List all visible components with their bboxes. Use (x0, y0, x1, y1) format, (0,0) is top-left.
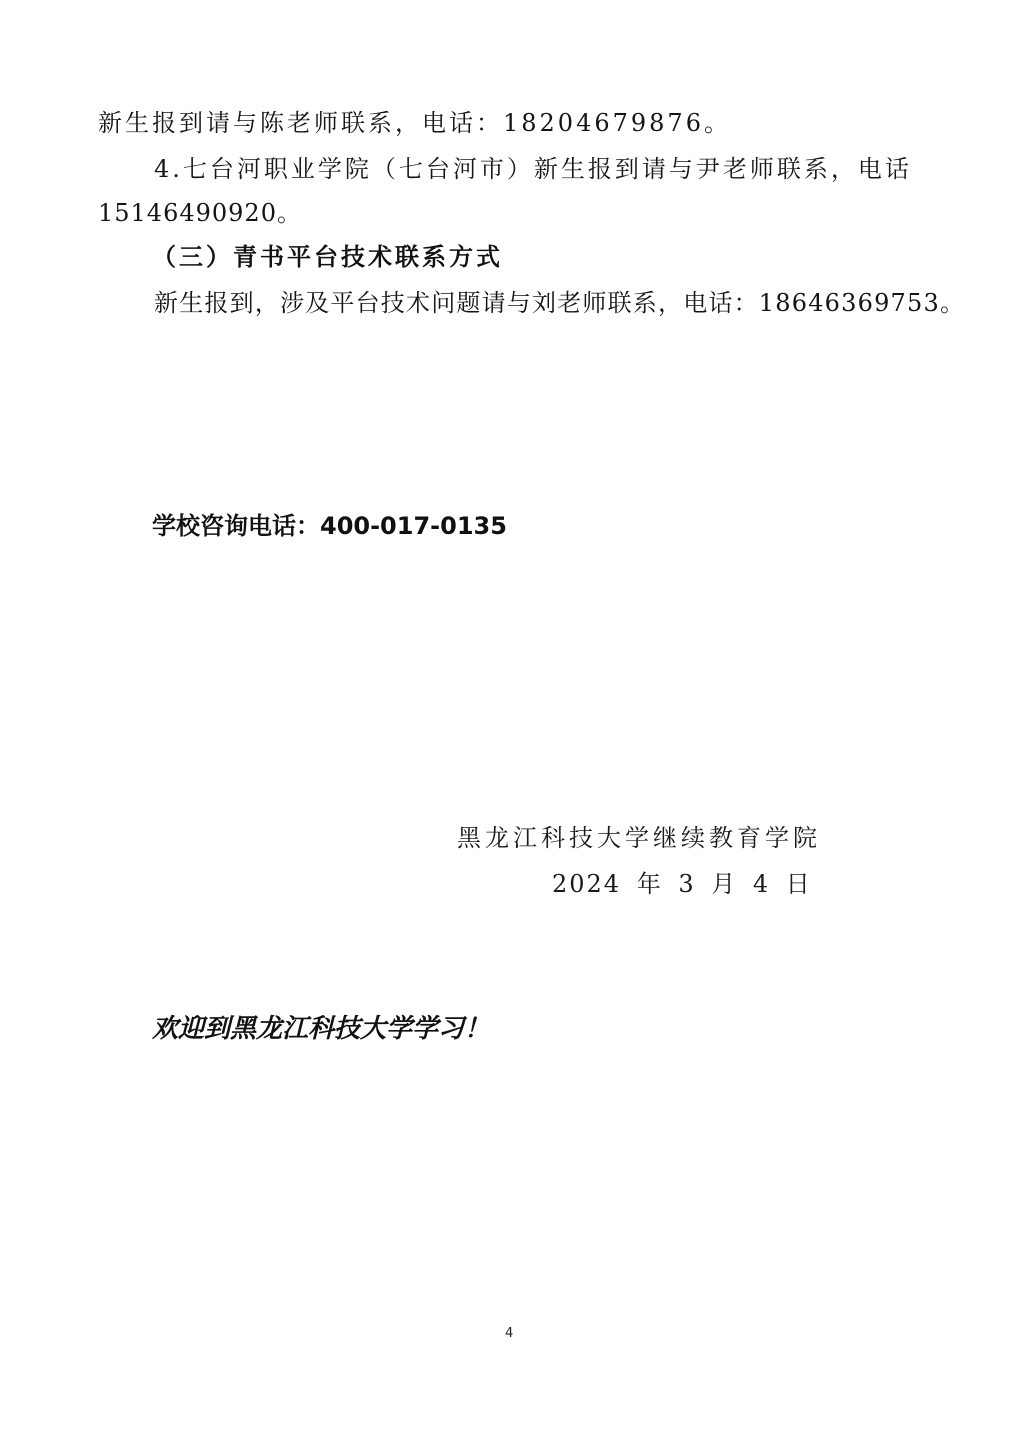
signature-organization: 黑龙江科技大学继续教育学院 (457, 822, 821, 854)
page-number: 4 (505, 1326, 513, 1342)
school-consult-phone: 学校咨询电话：400-017-0135 (152, 510, 507, 542)
qitaihe-college-contact-line: 4.七台河职业学院（七台河市）新生报到请与尹老师联系，电话 (154, 154, 912, 184)
welcome-message: 欢迎到黑龙江科技大学学习！ (152, 1012, 490, 1046)
section-heading-platform-contact: （三）青书平台技术联系方式 (152, 242, 503, 272)
platform-tech-contact-line: 新生报到，涉及平台技术问题请与刘老师联系，电话：18646369753。 (154, 288, 965, 318)
qitaihe-phone-line: 15146490920。 (98, 198, 302, 228)
contact-chen-line: 新生报到请与陈老师联系，电话：18204679876。 (98, 108, 731, 138)
signature-date: 2024 年 3 月 4 日 (552, 868, 812, 900)
